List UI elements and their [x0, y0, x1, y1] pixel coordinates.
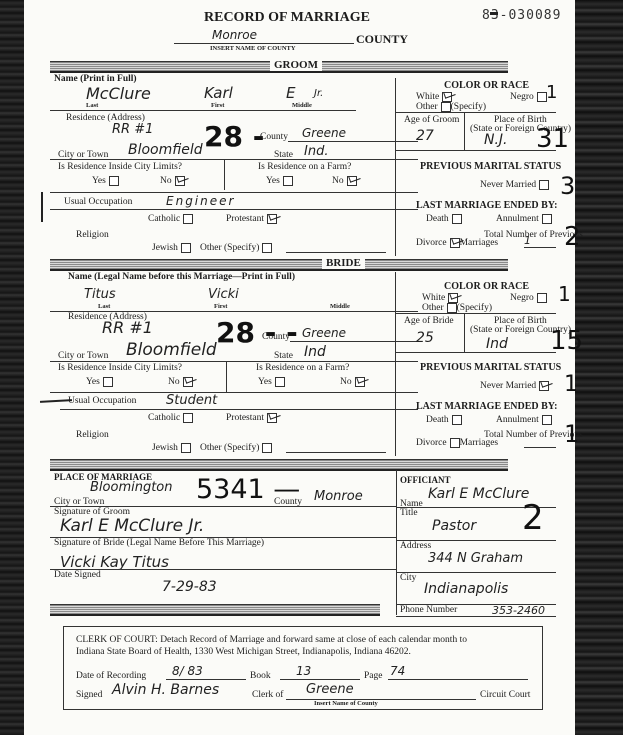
marriage-record-page: RECORD OF MARRIAGE 83-030089 Monroe COUN… [24, 0, 575, 735]
middle-label: Middle [292, 102, 312, 109]
place-county: Monroe [314, 489, 363, 504]
bride-ended-divorce[interactable]: DivorceMarriages [416, 438, 498, 448]
groom-farm-yes[interactable]: Yes [266, 176, 293, 186]
date-signed-label: Date Signed [54, 570, 101, 580]
place-section-bar [50, 459, 508, 471]
county-label: COUNTY [356, 32, 408, 47]
groom-section-label: GROOM [270, 59, 322, 71]
clerk-county-hint: Insert Name of County [314, 700, 378, 707]
groom-ended-by-header: LAST MARRIAGE ENDED BY: [416, 200, 557, 211]
groom-total-code: 2 [564, 222, 581, 252]
groom-race-code: 1 [546, 82, 557, 103]
book-label: Book [250, 671, 271, 681]
groom-city: Bloomfield [128, 142, 203, 158]
officiant-phone-label: Phone Number [400, 605, 457, 615]
groom-occupation-label: Usual Occupation [64, 197, 132, 207]
bride-birthplace: Ind [486, 336, 508, 352]
scan-edge-right [575, 0, 623, 735]
bride-county-label: County [262, 332, 290, 342]
groom-section-bar: GROOM [50, 61, 508, 73]
bride-occupation-label: Usual Occupation [68, 396, 136, 406]
groom-birthplace: N.J. [484, 132, 508, 148]
groom-code-mark: 28 - [204, 120, 264, 153]
clerk-instruction-line2: Indiana State Board of Health, 1330 West… [76, 647, 411, 657]
bride-state-label: State [274, 351, 293, 361]
bride-city-limits-yes[interactable]: Yes [86, 377, 113, 387]
officiant-title-code: 2 [522, 498, 544, 538]
bride-race-negro[interactable]: Negro [510, 293, 547, 303]
date-signed: 7-29-83 [162, 579, 217, 595]
groom-farm-no[interactable]: No [332, 176, 357, 186]
officiant-city-label: City [400, 573, 416, 583]
bride-ended-by-header: LAST MARRIAGE ENDED BY: [416, 401, 557, 412]
bride-ended-death[interactable]: Death [426, 415, 462, 425]
book-number: 13 [296, 664, 311, 678]
groom-religion-catholic[interactable]: Catholic [148, 214, 193, 224]
groom-religion-label: Religion [76, 230, 109, 240]
bride-signature-label: Signature of Bride (Legal Name Before Th… [54, 538, 264, 548]
clerk-of-label: Clerk of [252, 690, 283, 700]
groom-ended-divorce[interactable]: DivorceMarriages [416, 238, 498, 248]
groom-race-header: COLOR OR RACE [444, 80, 529, 91]
scan-edge-left [0, 0, 24, 735]
bride-race-white[interactable]: White [422, 293, 458, 303]
groom-last-name: McClure [86, 84, 151, 103]
record-number-mark [490, 12, 498, 15]
officiant-city: Indianapolis [424, 581, 508, 597]
groom-ended-death[interactable]: Death [426, 214, 462, 224]
groom-county: Greene [302, 126, 346, 140]
bride-never-married[interactable]: Never Married [480, 381, 549, 391]
recording-date: 8/ 83 [172, 664, 203, 678]
bride-city-limits-no[interactable]: No [168, 377, 193, 387]
officiant-address-label: Address [400, 541, 431, 551]
middle-label: Middle [330, 303, 350, 310]
bride-county: Greene [302, 326, 346, 340]
place-city: Bloomington [90, 480, 173, 495]
groom-state: Ind. [304, 144, 328, 159]
bride-religion-other[interactable]: Other (Specify) [200, 443, 272, 453]
groom-margin-mark [41, 192, 43, 222]
bride-age: 25 [416, 330, 434, 346]
groom-age: 27 [416, 128, 434, 144]
clerk-instruction-line1: CLERK OF COURT: Detach Record of Marriag… [76, 635, 467, 645]
bride-state: Ind [304, 344, 326, 360]
bride-city-limits-question: Is Residence Inside City Limits? [58, 363, 182, 373]
bottom-bar [50, 604, 380, 616]
bride-religion-catholic[interactable]: Catholic [148, 413, 193, 423]
last-label: Last [98, 303, 110, 310]
bride-farm-question: Is Residence on a Farm? [256, 363, 349, 373]
groom-name-label: Name (Print in Full) [54, 74, 137, 84]
groom-religion-jewish[interactable]: Jewish [152, 243, 191, 253]
groom-never-married[interactable]: Never Married [480, 180, 549, 190]
document-title: RECORD OF MARRIAGE [204, 10, 370, 26]
bride-name-label: Name (Legal Name before this Marriage—Pr… [68, 272, 295, 282]
groom-city-limits-question: Is Residence Inside City Limits? [58, 162, 182, 172]
officiant-title-label: Title [400, 508, 418, 518]
bride-status-code: 1 [564, 372, 578, 397]
last-label: Last [86, 102, 98, 109]
bride-section-label: BRIDE [322, 257, 365, 269]
bride-ended-annulment[interactable]: Annulment [496, 415, 552, 425]
county-hint: INSERT NAME OF COUNTY [210, 45, 296, 52]
groom-city-limits-yes[interactable]: Yes [92, 176, 119, 186]
signed-label: Signed [76, 690, 102, 700]
clerk-county: Greene [306, 682, 354, 697]
bride-last-name: Titus [84, 287, 116, 302]
groom-race-negro[interactable]: Negro [510, 92, 547, 102]
groom-city-limits-no[interactable]: No [160, 176, 185, 186]
groom-religion-other[interactable]: Other (Specify) [200, 243, 272, 253]
officiant-name: Karl E McClure [428, 486, 529, 502]
page-number: 74 [390, 664, 405, 678]
bride-city: Bloomfield [126, 340, 217, 360]
bride-religion-protestant[interactable]: Protestant [226, 413, 277, 423]
groom-county-label: County [260, 132, 288, 142]
officiant-header: OFFICIANT [400, 475, 451, 485]
groom-race-other[interactable]: Other(Specify) [416, 102, 486, 112]
bride-religion-label: Religion [76, 430, 109, 440]
bride-race-code: 1 [558, 282, 571, 306]
first-label: First [214, 303, 227, 310]
groom-prev-status-header: PREVIOUS MARITAL STATUS [420, 161, 561, 172]
groom-religion-protestant[interactable]: Protestant [226, 214, 277, 224]
groom-suffix: Jr. [314, 88, 323, 99]
recording-date-label: Date of Recording [76, 671, 146, 681]
groom-age-label: Age of Groom [404, 115, 459, 125]
bride-occupation: Student [166, 393, 217, 408]
bride-total-code: 1 [564, 420, 579, 448]
clerk-signature: Alvin H. Barnes [112, 682, 219, 698]
groom-status-code: 3 [560, 172, 575, 200]
bride-prev-status-header: PREVIOUS MARITAL STATUS [420, 362, 561, 373]
bride-race-other[interactable]: Other(Specify) [422, 303, 492, 313]
bride-farm-yes[interactable]: Yes [258, 377, 285, 387]
bride-religion-jewish[interactable]: Jewish [152, 443, 191, 453]
groom-signature: Karl E McClure Jr. [60, 516, 204, 536]
circuit-court-label: Circuit Court [480, 690, 530, 700]
groom-occupation: Engineer [166, 194, 235, 208]
bride-residence: RR #1 [102, 318, 153, 337]
officiant-address: 344 N Graham [428, 551, 523, 566]
bride-farm-no[interactable]: No [340, 377, 365, 387]
groom-first-name: Karl [204, 84, 233, 102]
page-label: Page [364, 671, 382, 681]
bride-section-bar: BRIDE [50, 259, 508, 271]
groom-race-white[interactable]: White [416, 92, 452, 102]
groom-ended-annulment[interactable]: Annulment [496, 214, 552, 224]
groom-middle-name: E [286, 84, 295, 102]
county-name: Monroe [212, 28, 257, 42]
first-label: First [211, 102, 224, 109]
groom-farm-question: Is Residence on a Farm? [258, 162, 351, 172]
officiant-title: Pastor [432, 518, 476, 534]
bride-first-name: Vicki [208, 287, 239, 302]
record-number: 83-030089 [482, 8, 561, 23]
groom-residence: RR #1 [112, 122, 153, 137]
bride-city-label: City or Town [58, 351, 108, 361]
groom-total-prev: 1 [524, 234, 531, 247]
bride-age-label: Age of Bride [404, 316, 454, 326]
